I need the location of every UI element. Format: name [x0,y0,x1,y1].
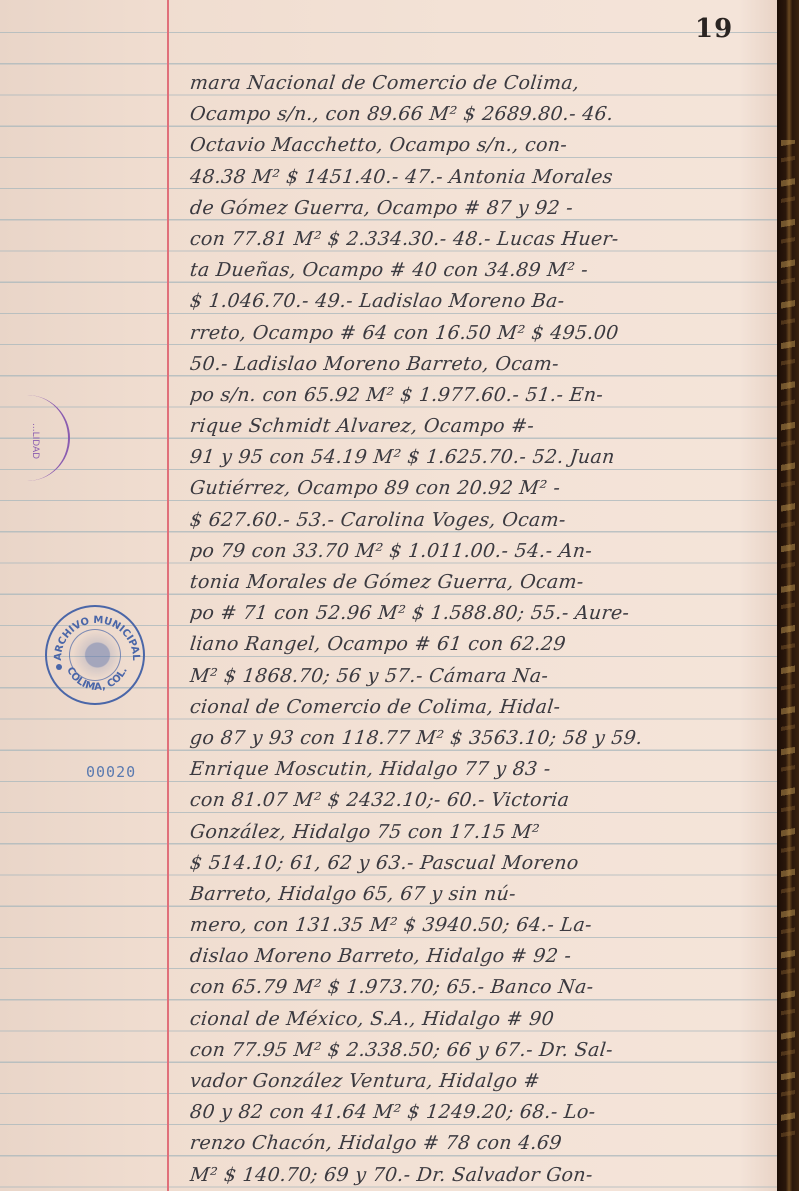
handwritten-line: $ 1.046.70.- 49.- Ladislao Moreno Ba- [188,286,778,317]
handwritten-line: $ 627.60.- 53.- Carolina Voges, Ocam- [188,505,778,536]
partial-stamp-text: ...LIDAD [30,423,40,459]
handwritten-line: 48.38 M² $ 1451.40.- 47.- Antonia Morale… [188,162,778,193]
handwritten-line: M² $ 140.70; 69 y 70.- Dr. Salvador Gon- [188,1160,778,1191]
page-number: 19 [695,14,733,44]
handwritten-line: mero, con 131.35 M² $ 3940.50; 64.- La- [188,910,778,941]
handwritten-line: Gutiérrez, Ocampo 89 con 20.92 M² - [188,473,778,504]
handwritten-line: vador González Ventura, Hidalgo # [188,1066,778,1097]
archivo-municipal-stamp: ARCHIVO MUNICIPAL COLIMA, COL. [45,605,145,705]
ledger-page: 19 ...LIDAD ARCHIVO MUNICIPAL COLIMA, CO… [0,0,778,1191]
svg-text:ARCHIVO MUNICIPAL: ARCHIVO MUNICIPAL [53,615,141,662]
handwritten-line: renzo Chacón, Hidalgo # 78 con 4.69 [188,1128,778,1159]
handwritten-line: $ 514.10; 61, 62 y 63.- Pascual Moreno [188,848,778,879]
handwritten-line: mara Nacional de Comercio de Colima, [188,68,778,99]
handwritten-line: Ocampo s/n., con 89.66 M² $ 2689.80.- 46… [188,99,778,130]
handwritten-line: con 77.95 M² $ 2.338.50; 66 y 67.- Dr. S… [188,1035,778,1066]
handwritten-line: de Gómez Guerra, Ocampo # 87 y 92 - [188,193,778,224]
folio-number: 00020 [86,763,136,781]
handwritten-text-block: mara Nacional de Comercio de Colima,Ocam… [190,68,778,1191]
handwritten-line: ta Dueñas, Ocampo # 40 con 34.89 M² - [188,255,778,286]
handwritten-line: con 77.81 M² $ 2.334.30.- 48.- Lucas Hue… [188,224,778,255]
handwritten-line: po s/n. con 65.92 M² $ 1.977.60.- 51.- E… [188,380,778,411]
stamp-text-ring: ARCHIVO MUNICIPAL COLIMA, COL. [47,607,147,707]
handwritten-line: M² $ 1868.70; 56 y 57.- Cámara Na- [188,661,778,692]
handwritten-line: con 65.79 M² $ 1.973.70; 65.- Banco Na- [188,972,778,1003]
handwritten-line: Octavio Macchetto, Ocampo s/n., con- [188,130,778,161]
handwritten-line: González, Hidalgo 75 con 17.15 M² [188,817,778,848]
handwritten-line: rique Schmidt Alvarez, Ocampo #- [188,411,778,442]
handwritten-line: 80 y 82 con 41.64 M² $ 1249.20; 68.- Lo- [188,1097,778,1128]
handwritten-line: dislao Moreno Barreto, Hidalgo # 92 - [188,941,778,972]
svg-text:COLIMA, COL.: COLIMA, COL. [64,666,130,694]
handwritten-line: po # 71 con 52.96 M² $ 1.588.80; 55.- Au… [188,598,778,629]
handwritten-line: 91 y 95 con 54.19 M² $ 1.625.70.- 52. Ju… [188,442,778,473]
handwritten-line: Enrique Moscutin, Hidalgo 77 y 83 - [188,754,778,785]
handwritten-line: cional de Comercio de Colima, Hidal- [188,692,778,723]
handwritten-line: rreto, Ocampo # 64 con 16.50 M² $ 495.00 [188,318,778,349]
handwritten-line: cional de México, S.A., Hidalgo # 90 [188,1004,778,1035]
handwritten-line: go 87 y 93 con 118.77 M² $ 3563.10; 58 y… [188,723,778,754]
handwritten-line: po 79 con 33.70 M² $ 1.011.00.- 54.- An- [188,536,778,567]
handwritten-line: con 81.07 M² $ 2432.10;- 60.- Victoria [188,785,778,816]
handwritten-line: tonia Morales de Gómez Guerra, Ocam- [188,567,778,598]
handwritten-line: liano Rangel, Ocampo # 61 con 62.29 [188,629,778,660]
handwritten-line: Barreto, Hidalgo 65, 67 y sin nú- [188,879,778,910]
handwritten-line: 50.- Ladislao Moreno Barreto, Ocam- [188,349,778,380]
book-binding-edge [777,0,799,1191]
margin-line [167,0,169,1191]
